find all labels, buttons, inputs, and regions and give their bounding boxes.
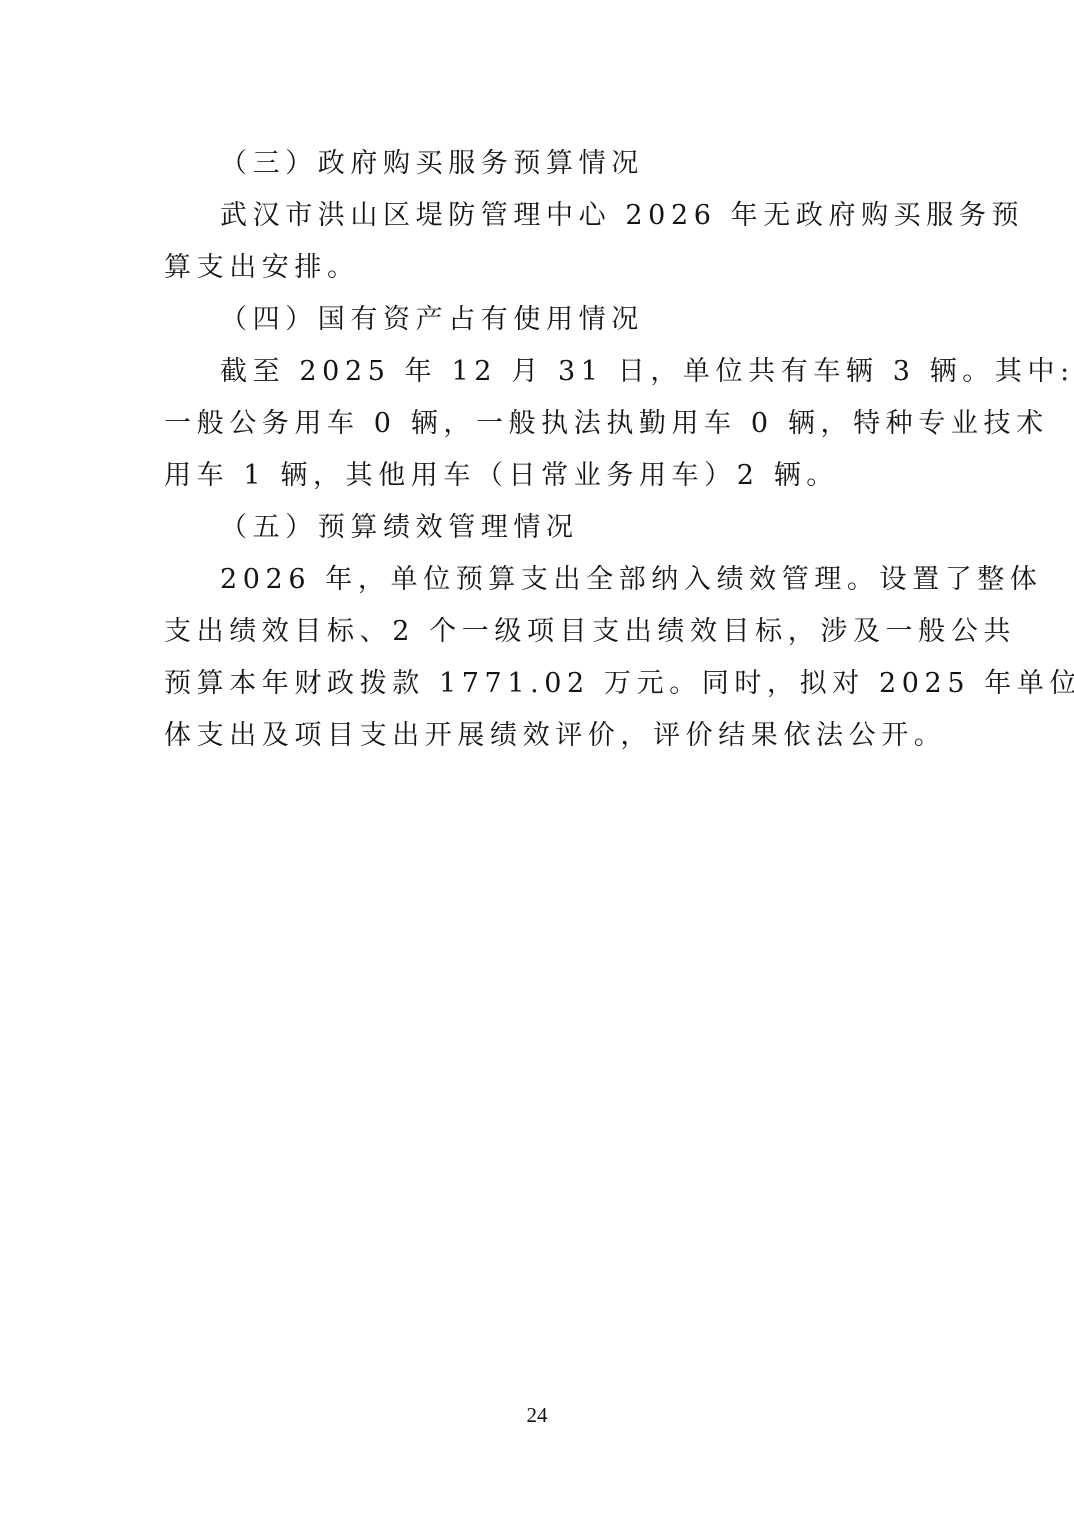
section-heading-government-procurement: （三）政府购买服务预算情况 <box>164 138 912 190</box>
paragraph-line: 算支出安排。 <box>164 242 912 294</box>
paragraph-line: 用车 1 辆，其他用车（日常业务用车）2 辆。 <box>164 450 912 502</box>
paragraph-line: 武汉市洪山区堤防管理中心 2026 年无政府购买服务预 <box>164 190 912 242</box>
section-paragraph-government-procurement: 武汉市洪山区堤防管理中心 2026 年无政府购买服务预 算支出安排。 <box>164 190 912 294</box>
paragraph-line: 2026 年，单位预算支出全部纳入绩效管理。设置了整体 <box>164 554 912 606</box>
paragraph-line: 体支出及项目支出开展绩效评价，评价结果依法公开。 <box>164 710 912 762</box>
paragraph-line: 支出绩效目标、2 个一级项目支出绩效目标，涉及一般公共 <box>164 606 912 658</box>
section-heading-state-assets: （四）国有资产占有使用情况 <box>164 294 912 346</box>
document-page: （三）政府购买服务预算情况 武汉市洪山区堤防管理中心 2026 年无政府购买服务… <box>0 0 1074 1520</box>
page-number: 24 <box>0 1403 1074 1428</box>
section-paragraph-performance-management: 2026 年，单位预算支出全部纳入绩效管理。设置了整体 支出绩效目标、2 个一级… <box>164 554 912 762</box>
paragraph-line: 预算本年财政拨款 1771.02 万元。同时，拟对 2025 年单位整 <box>164 658 912 710</box>
page-content: （三）政府购买服务预算情况 武汉市洪山区堤防管理中心 2026 年无政府购买服务… <box>164 138 912 762</box>
section-paragraph-state-assets: 截至 2025 年 12 月 31 日，单位共有车辆 3 辆。其中: 一般公务用… <box>164 346 912 502</box>
paragraph-line: 截至 2025 年 12 月 31 日，单位共有车辆 3 辆。其中: <box>164 346 912 398</box>
paragraph-line: 一般公务用车 0 辆，一般执法执勤用车 0 辆，特种专业技术 <box>164 398 912 450</box>
section-heading-performance-management: （五）预算绩效管理情况 <box>164 502 912 554</box>
